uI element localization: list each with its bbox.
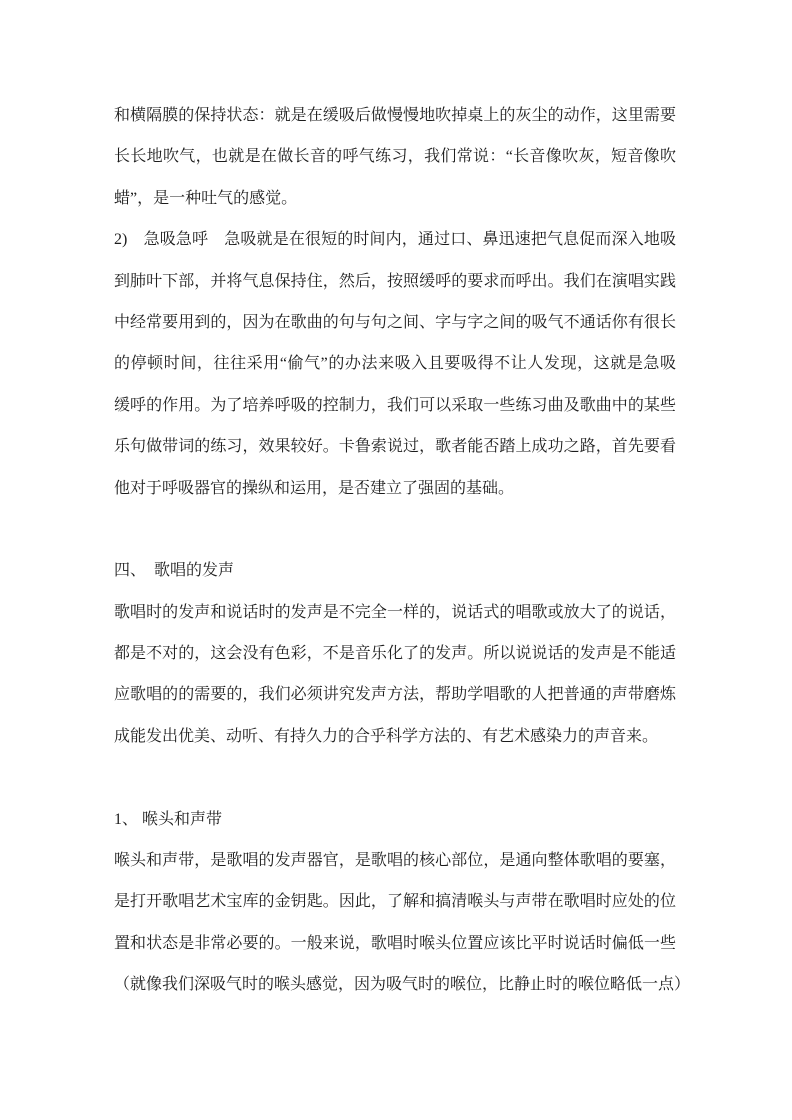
text-line: 应歌唱的的需要的，我们必须讲究发声方法，帮助学唱歌的人把普通的声带磨炼 bbox=[114, 674, 676, 715]
text-line: 喉头和声带，是歌唱的发声器官，是歌唱的核心部位，是通向整体歌唱的要塞， bbox=[114, 840, 676, 881]
text-line: 歌唱时的发声和说话时的发声是不完全一样的，说话式的唱歌或放大了的说话， bbox=[114, 592, 676, 633]
text-line: 缓呼的作用。为了培养呼吸的控制力，我们可以采取一些练习曲及歌曲中的某些 bbox=[114, 385, 676, 426]
text-line: 到肺叶下部，并将气息保持住，然后，按照缓呼的要求而呼出。我们在演唱实践 bbox=[114, 261, 676, 302]
text-line: 是打开歌唱艺术宝库的金钥匙。因此，了解和搞清喉头与声带在歌唱时应处的位 bbox=[114, 881, 676, 922]
text-line: 都是不对的，这会没有色彩，不是音乐化了的发声。所以说说话的发声是不能适 bbox=[114, 633, 676, 674]
text-line: （就像我们深吸气时的喉头感觉，因为吸气时的喉位，比静止时的喉位略低一点） bbox=[114, 964, 676, 1005]
document-page: 和横隔膜的保持状态：就是在缓吸后做慢慢地吹掉桌上的灰尘的动作，这里需要 长长地吹… bbox=[0, 0, 792, 1120]
text-line: 长长地吹气，也就是在做长音的呼气练习，我们常说：“长音像吹灰，短音像吹 bbox=[114, 136, 676, 177]
document-text-block: 和横隔膜的保持状态：就是在缓吸后做慢慢地吹掉桌上的灰尘的动作，这里需要 长长地吹… bbox=[114, 95, 676, 1006]
text-line: 中经常要用到的，因为在歌曲的句与句之间、字与字之间的吸气不通话你有很长 bbox=[114, 302, 676, 343]
blank-line bbox=[114, 757, 676, 798]
text-line: 成能发出优美、动听、有持久力的合乎科学方法的、有艺术感染力的声音来。 bbox=[114, 716, 676, 757]
text-line: 和横隔膜的保持状态：就是在缓吸后做慢慢地吹掉桌上的灰尘的动作，这里需要 bbox=[114, 95, 676, 136]
section-heading-vocalization: 四、 歌唱的发声 bbox=[114, 550, 676, 591]
text-line: 乐句做带词的练习，效果较好。卡鲁索说过，歌者能否踏上成功之路，首先要看 bbox=[114, 426, 676, 467]
blank-line bbox=[114, 509, 676, 550]
text-line: 的停顿时间，往往采用“偷气”的办法来吸入且要吸得不让人发现，这就是急吸 bbox=[114, 343, 676, 384]
text-line: 2) 急吸急呼 急吸就是在很短的时间内，通过口、鼻迅速把气息促而深入地吸 bbox=[114, 219, 676, 260]
text-line: 他对于呼吸器官的操纵和运用，是否建立了强固的基础。 bbox=[114, 468, 676, 509]
text-line: 蜡”，是一种吐气的感觉。 bbox=[114, 178, 676, 219]
text-line: 置和状态是非常必要的。一般来说，歌唱时喉头位置应该比平时说话时偏低一些 bbox=[114, 923, 676, 964]
subsection-heading-larynx-vocal-cords: 1、 喉头和声带 bbox=[114, 799, 676, 840]
